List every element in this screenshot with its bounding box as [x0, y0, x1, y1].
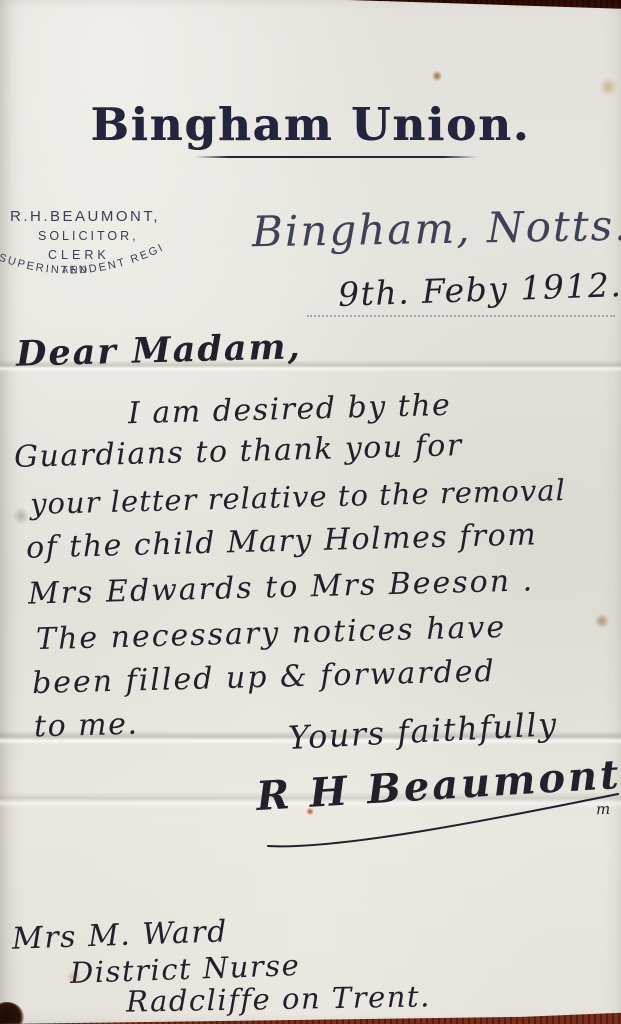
official-name: R.H.BEAUMONT,	[10, 208, 160, 225]
letter-paper: Bingham Union. R.H.BEAUMONT, SOLICITOR, …	[0, 0, 621, 1024]
handwritten-date: 9th. Feby 1912.	[337, 265, 621, 314]
body-line: The necessary notices have	[36, 610, 507, 657]
paper-stain	[598, 78, 618, 96]
body-line: Mrs Edwards to Mrs Beeson .	[28, 563, 535, 611]
photograph-of-letter: Bingham Union. R.H.BEAUMONT, SOLICITOR, …	[0, 0, 621, 1024]
recipient-name: Mrs M. Ward	[11, 914, 228, 957]
body-line: I am desired by the	[128, 388, 452, 431]
body-line: to me.	[34, 707, 139, 745]
signature: R H Beaumont	[255, 751, 621, 820]
date-dotted-rule	[307, 315, 615, 317]
recipient-place: Radcliffe on Trent.	[126, 979, 431, 1018]
letterhead-title: Bingham Union.	[0, 98, 621, 151]
paper-stain	[594, 614, 610, 628]
body-line: of the child Mary Holmes from	[26, 517, 538, 565]
bottom-left-dark-shadow	[0, 1002, 24, 1024]
title-underline-rule	[195, 156, 477, 158]
official-role-registrar-arc: SUPERINTENDENT REGISTRAR.	[0, 240, 206, 310]
salutation: Dear Madam,	[16, 326, 303, 374]
paper-stain	[12, 508, 30, 524]
closing-valediction: Yours faithfully	[287, 705, 558, 757]
body-line: your letter relative to the removal	[30, 473, 567, 521]
letterhead-place: Bingham, Notts.	[252, 201, 621, 257]
body-line: Guardians to thank you for	[14, 428, 464, 475]
signature-flourish-mark: m	[596, 800, 612, 818]
paper-stain	[432, 70, 442, 82]
body-line: been filled up & forwarded	[32, 654, 497, 701]
